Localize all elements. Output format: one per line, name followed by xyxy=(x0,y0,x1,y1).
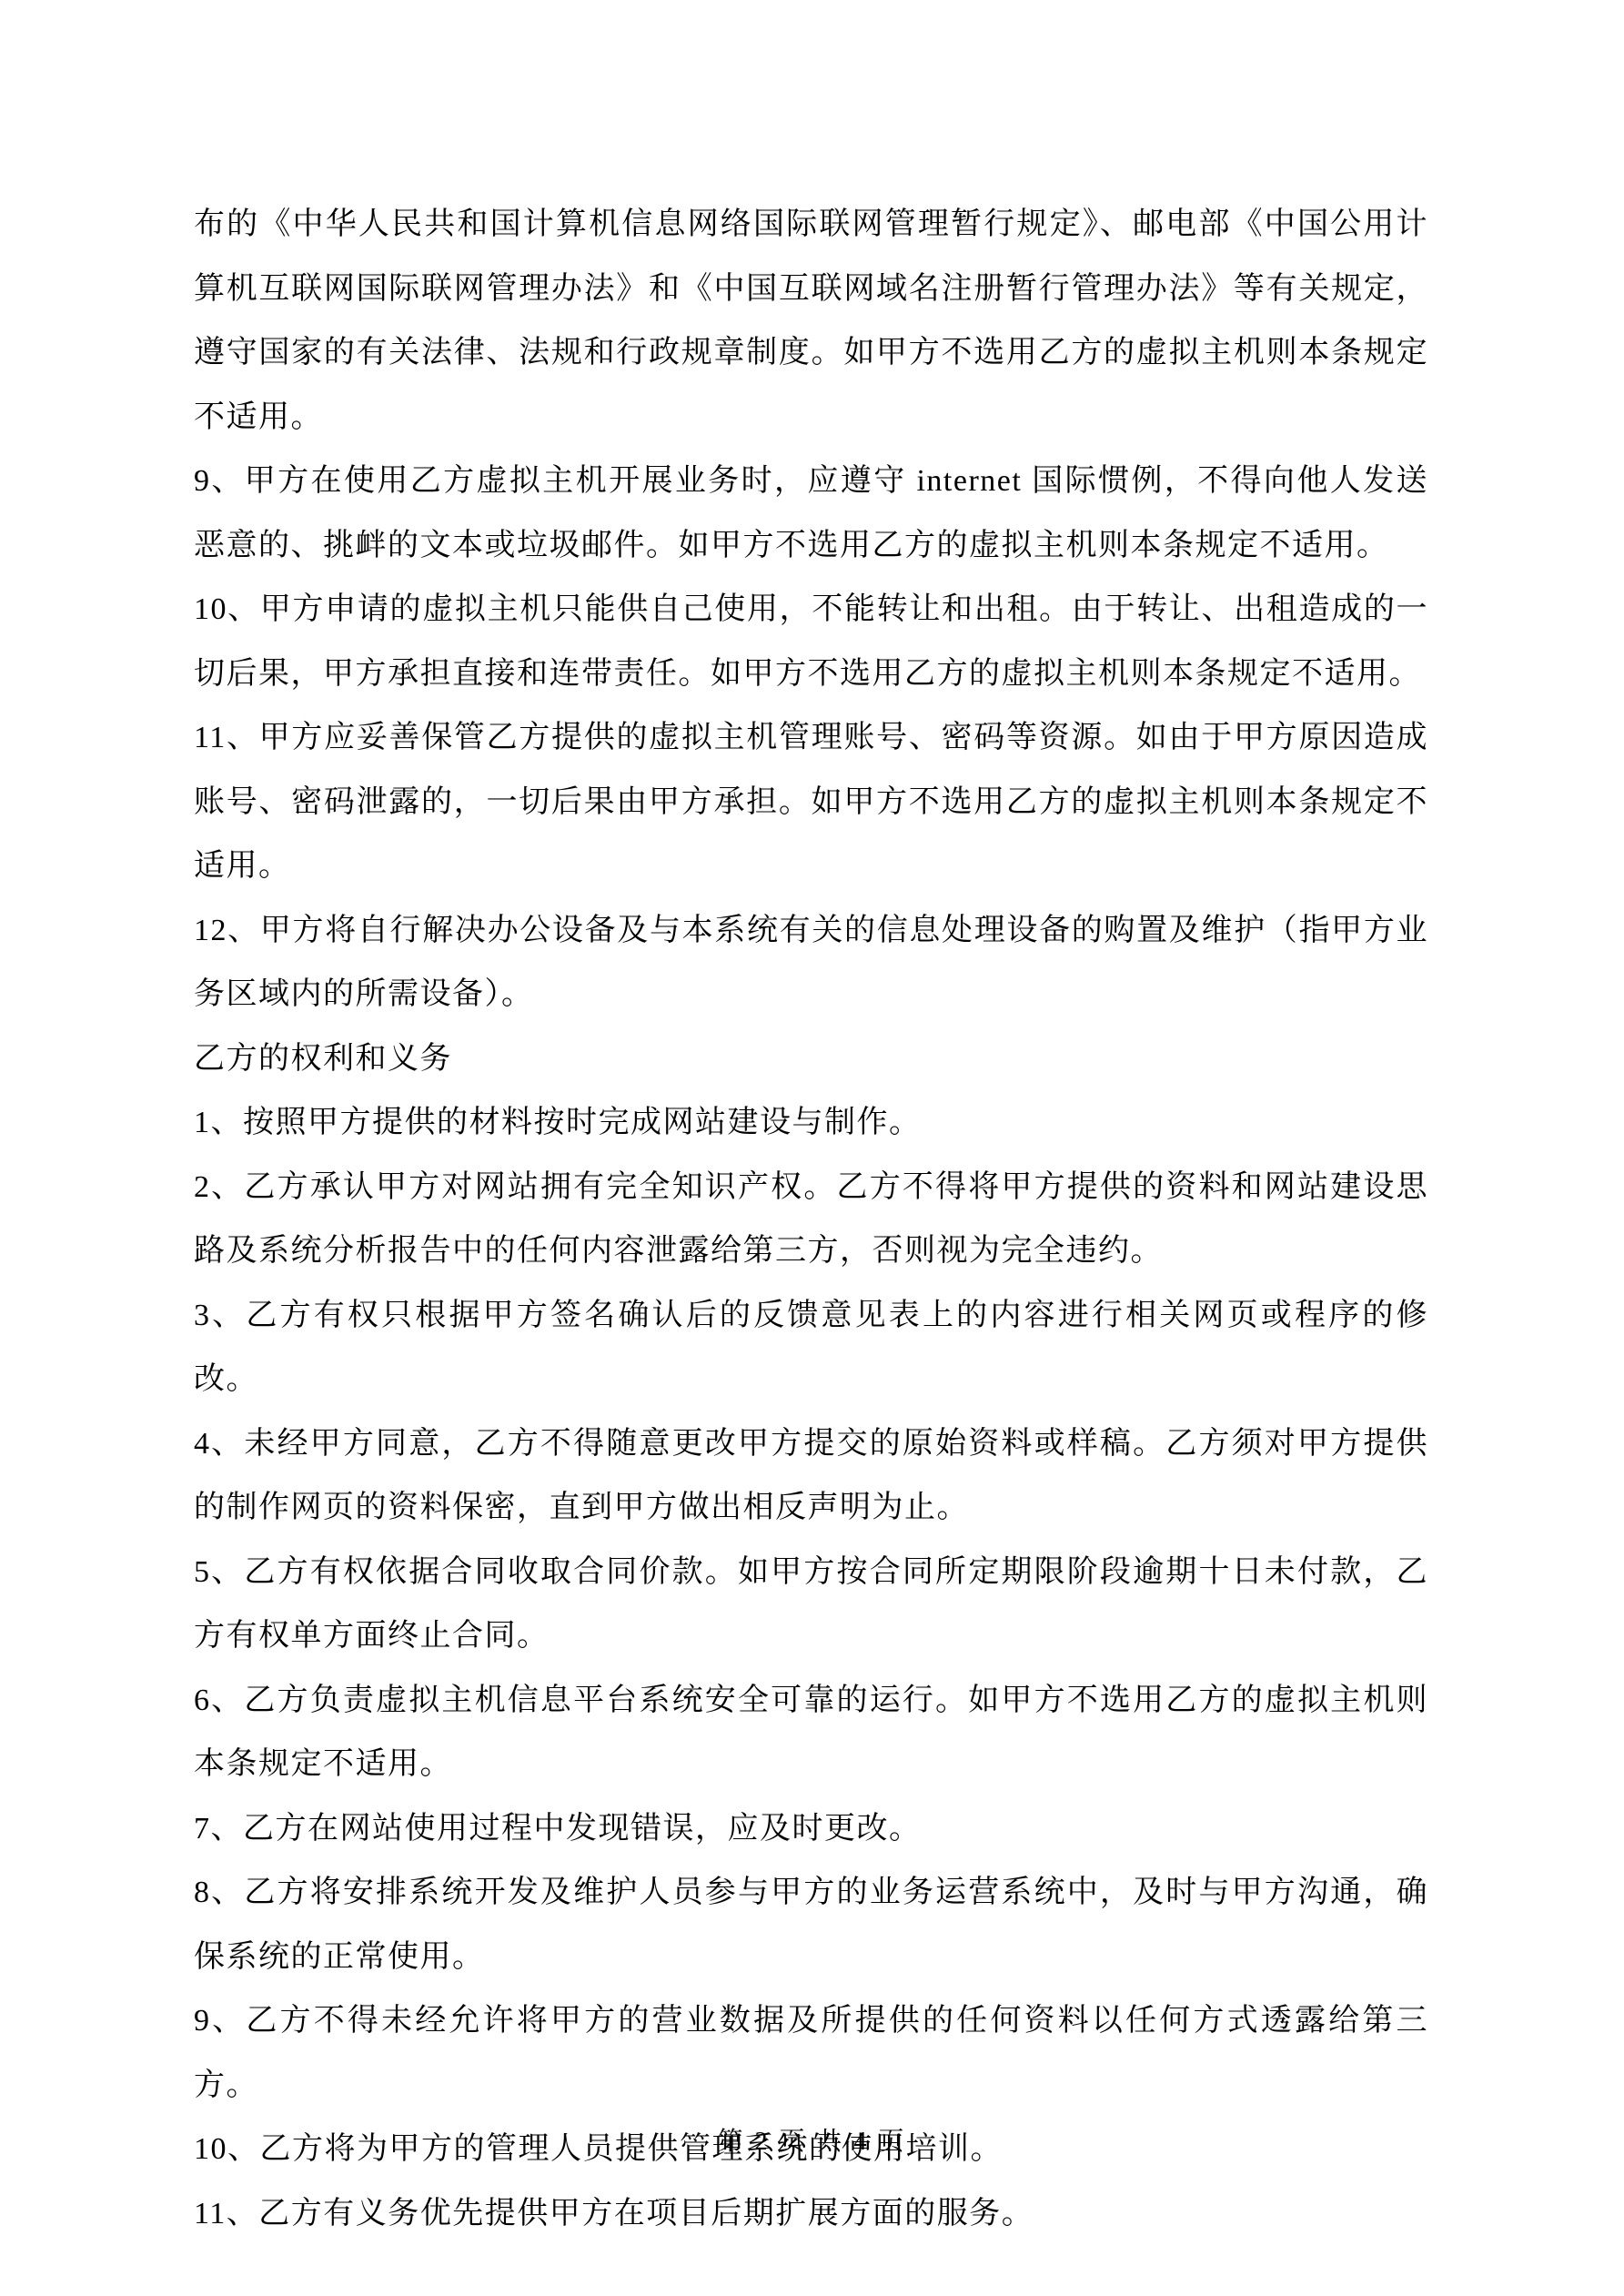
party-b-clause-9: 9、乙方不得未经允许将甲方的营业数据及所提供的任何资料以任何方式透露给第三方。 xyxy=(194,1989,1428,2118)
party-b-clause-11: 11、乙方有义务优先提供甲方在项目后期扩展方面的服务。 xyxy=(194,2182,1428,2247)
party-a-clause-12: 12、甲方将自行解决办公设备及与本系统有关的信息处理设备的购置及维护（指甲方业务… xyxy=(194,899,1428,1027)
party-b-clause-2: 2、乙方承认甲方对网站拥有完全知识产权。乙方不得将甲方提供的资料和网站建设思路及… xyxy=(194,1156,1428,1284)
page-footer: 第 2 页 共 4 页 xyxy=(0,2124,1624,2160)
party-b-clause-7: 7、乙方在网站使用过程中发现错误，应及时更改。 xyxy=(194,1797,1428,1862)
party-b-clause-4: 4、未经甲方同意，乙方不得随意更改甲方提交的原始资料或样稿。乙方须对甲方提供的制… xyxy=(194,1412,1428,1541)
party-b-clause-6: 6、乙方负责虚拟主机信息平台系统安全可靠的运行。如甲方不选用乙方的虚拟主机则本条… xyxy=(194,1669,1428,1797)
party-b-clause-1: 1、按照甲方提供的材料按时完成网站建设与制作。 xyxy=(194,1091,1428,1156)
party-b-clause-8: 8、乙方将安排系统开发及维护人员参与甲方的业务运营系统中，及时与甲方沟通，确保系… xyxy=(194,1861,1428,1989)
clause-continuation-paragraph: 布的《中华人民共和国计算机信息网络国际联网管理暂行规定》、邮电部《中国公用计算机… xyxy=(194,193,1428,450)
party-a-clause-11: 11、甲方应妥善保管乙方提供的虚拟主机管理账号、密码等资源。如由于甲方原因造成账… xyxy=(194,706,1428,899)
party-b-clause-5: 5、乙方有权依据合同收取合同价款。如甲方按合同所定期限阶段逾期十日未付款，乙方有… xyxy=(194,1541,1428,1669)
party-a-clause-10: 10、甲方申请的虚拟主机只能供自己使用，不能转让和出租。由于转让、出租造成的一切… xyxy=(194,578,1428,706)
contract-body: 布的《中华人民共和国计算机信息网络国际联网管理暂行规定》、邮电部《中国公用计算机… xyxy=(194,193,1428,2246)
party-b-clause-3: 3、乙方有权只根据甲方签名确认后的反馈意见表上的内容进行相关网页或程序的修改。 xyxy=(194,1284,1428,1412)
party-b-rights-heading: 乙方的权利和义务 xyxy=(194,1027,1428,1092)
contract-page: 布的《中华人民共和国计算机信息网络国际联网管理暂行规定》、邮电部《中国公用计算机… xyxy=(0,0,1624,2296)
party-a-clause-9: 9、甲方在使用乙方虚拟主机开展业务时，应遵守 internet 国际惯例，不得向… xyxy=(194,450,1428,578)
